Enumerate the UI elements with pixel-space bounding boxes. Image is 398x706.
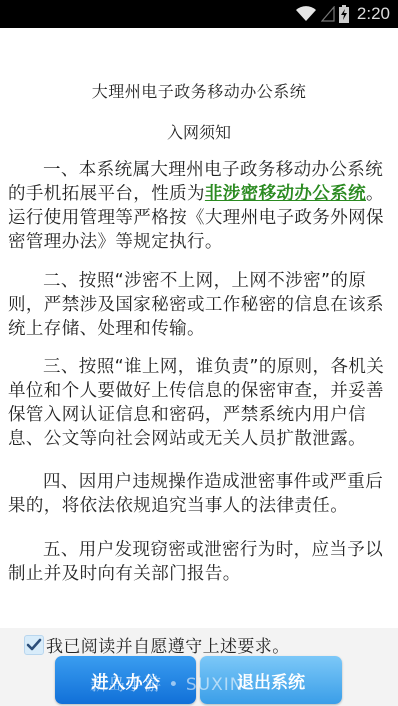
enter-office-button[interactable]: 进入办公 bbox=[55, 656, 196, 704]
status-bar: 2:20 bbox=[0, 0, 398, 28]
paragraph-2: 二、按照“涉密不上网，上网不涉密”的原则，严禁涉及国家秘密或工作秘密的信息在该系… bbox=[8, 269, 390, 341]
agree-checkbox[interactable] bbox=[24, 635, 44, 655]
exit-system-button[interactable]: 退出系统 bbox=[200, 656, 342, 704]
wifi-icon bbox=[295, 6, 317, 22]
battery-charging-icon bbox=[339, 5, 349, 23]
paragraph-4: 四、因用户违规操作造成泄密事件或严重后果的，将依法依规追究当事人的法律责任。 bbox=[8, 470, 390, 518]
footer-bar: 我已阅读并自愿遵守上述要求。 进入办公 退出系统 bbox=[0, 628, 398, 706]
non-classified-highlight: 非涉密移动办公系统 bbox=[205, 184, 366, 204]
status-clock: 2:20 bbox=[357, 4, 390, 24]
paragraph-1: 一、本系统属大理州电子政务移动办公系统的手机拓展平台，性质为非涉密移动办公系统。… bbox=[8, 158, 390, 254]
checkmark-icon bbox=[26, 638, 42, 652]
page-subtitle: 入网须知 bbox=[0, 120, 398, 143]
paragraph-3: 三、按照“谁上网，谁负责”的原则，各机关单位和个人要做好上传信息的保密审查，并妥… bbox=[8, 355, 390, 451]
cell-signal-icon bbox=[321, 6, 335, 22]
agree-label[interactable]: 我已阅读并自愿遵守上述要求。 bbox=[46, 632, 290, 657]
page-title: 大理州电子政务移动办公系统 bbox=[0, 79, 398, 102]
paragraph-5: 五、用户发现窃密或泄密行为时，应当予以制止并及时向有关部门报告。 bbox=[8, 538, 390, 586]
notice-content: 大理州电子政务移动办公系统 入网须知 一、本系统属大理州电子政务移动办公系统的手… bbox=[0, 28, 398, 628]
agree-row[interactable]: 我已阅读并自愿遵守上述要求。 bbox=[24, 632, 290, 657]
